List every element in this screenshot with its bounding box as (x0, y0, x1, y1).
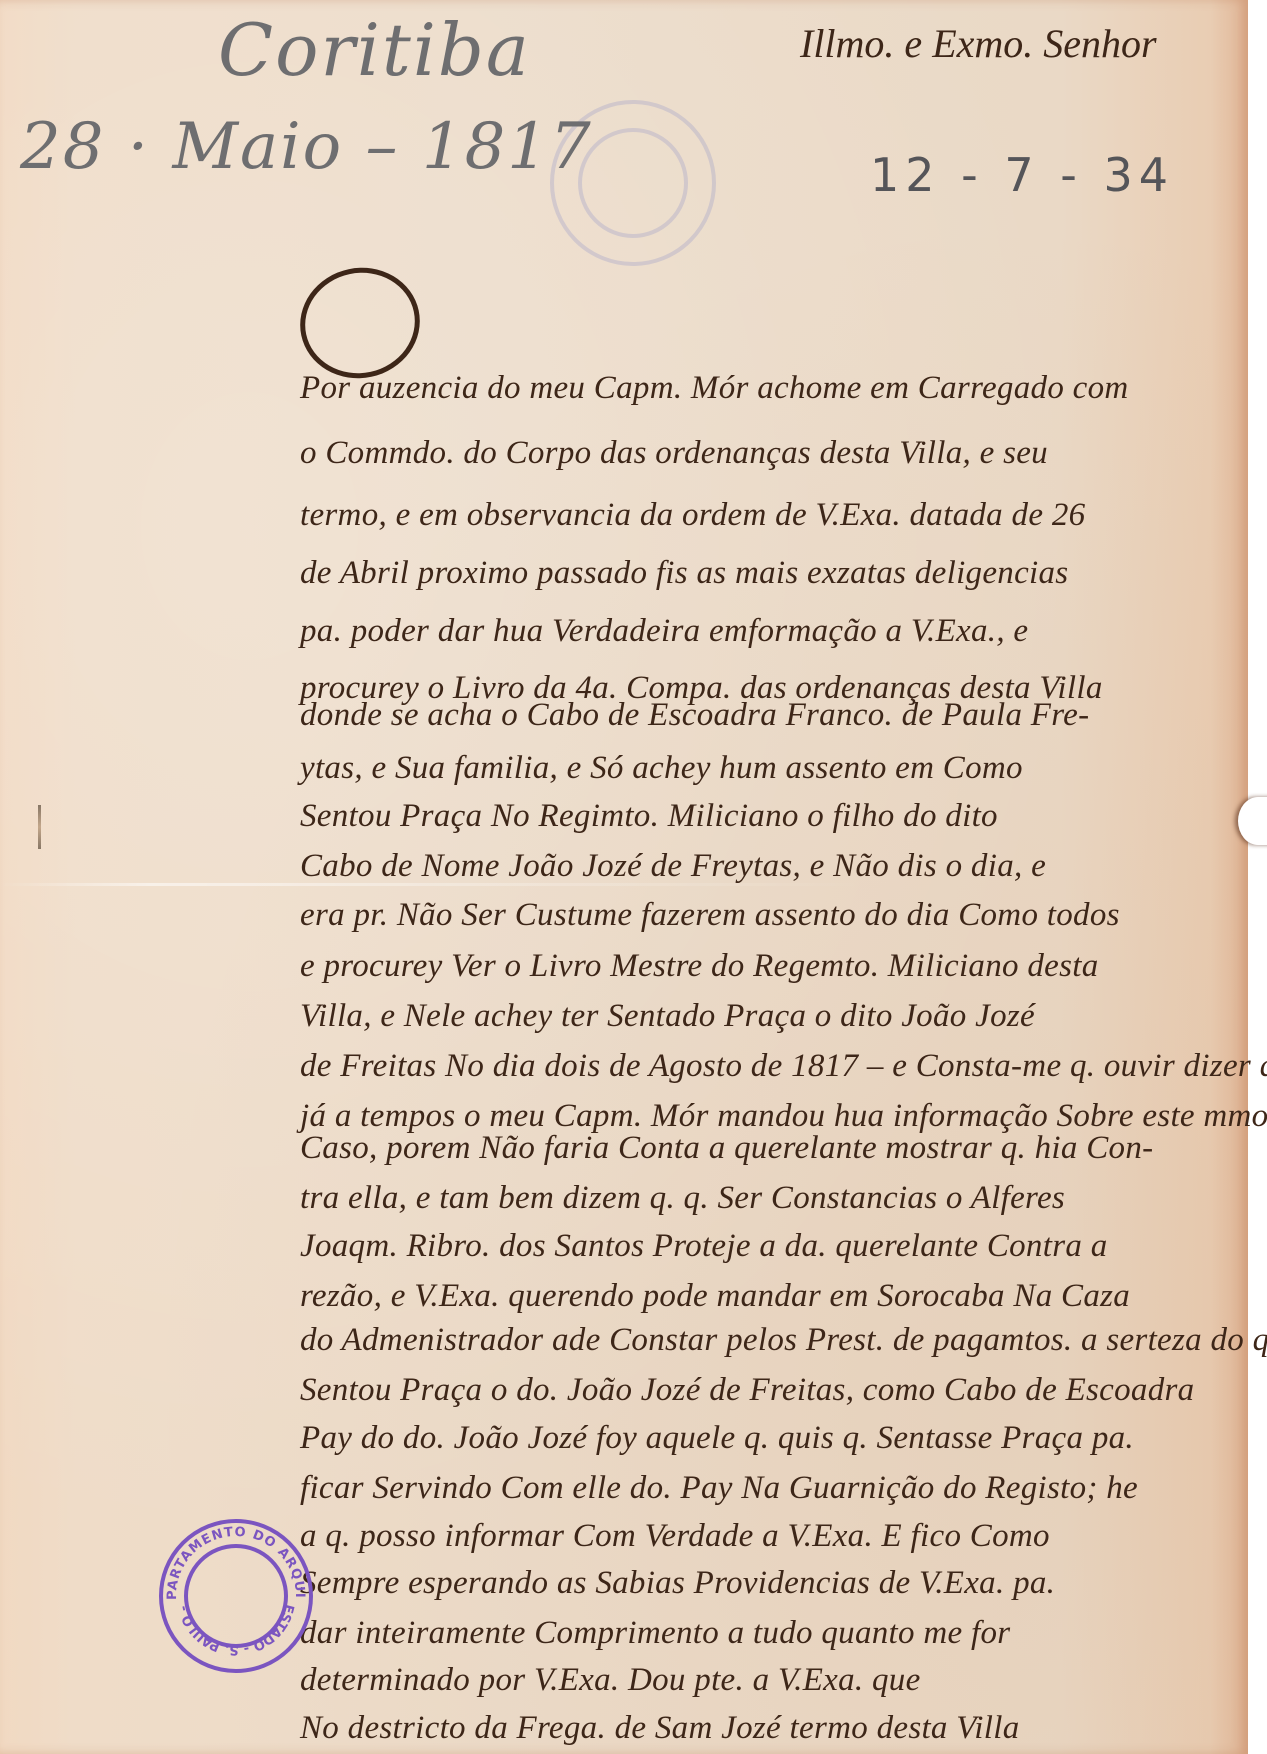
manuscript-page: Coritiba 28 · Maio – 1817 12 - 7 - 34 Il… (0, 0, 1248, 1754)
pencil-reference-number: 12 - 7 - 34 (870, 148, 1174, 202)
archive-stamp: DEPARTAMENTO DO ARQUIVO ESTADO - S. PAUL… (156, 1516, 316, 1676)
body-line: Sentou Praça o do. João Jozé de Freitas,… (300, 1372, 1194, 1409)
body-line: termo, e em observancia da ordem de V.Ex… (300, 497, 1085, 534)
body-line: Joaqm. Ribro. dos Santos Proteje a da. q… (300, 1228, 1108, 1265)
pin-mark (38, 805, 41, 849)
body-line: de Freitas No dia dois de Agosto de 1817… (300, 1048, 1267, 1085)
edge-tear (1238, 797, 1267, 845)
body-line: ficar Servindo Com elle do. Pay Na Guarn… (300, 1470, 1138, 1507)
body-line: e procurey Ver o Livro Mestre do Regemto… (300, 948, 1099, 985)
body-line: Sentou Praça No Regimto. Miliciano o fil… (300, 798, 998, 835)
body-line: ytas, e Sua familia, e Só achey hum asse… (300, 750, 1023, 787)
body-line: rezão, e V.Exa. querendo pode mandar em … (300, 1278, 1130, 1315)
body-line: Villa, e Nele achey ter Sentado Praça o … (300, 998, 1035, 1035)
pencil-date-annotation: 28 · Maio – 1817 (20, 110, 593, 184)
svg-text:ESTADO - S. PAULO -: ESTADO - S. PAULO - (176, 1603, 297, 1658)
body-line: tra ella, e tam bem dizem q. q. Ser Cons… (300, 1180, 1065, 1217)
body-line: No destricto da Frega. de Sam Jozé termo… (300, 1710, 1020, 1747)
body-line: Sempre esperando as Sabias Providencias … (300, 1565, 1055, 1602)
body-line: donde se acha o Cabo de Escoadra Franco.… (300, 697, 1089, 734)
body-line: Pay do do. João Jozé foy aquele q. quis … (300, 1420, 1134, 1457)
pencil-place-annotation: Coritiba (218, 8, 531, 92)
body-line: Caso, porem Não faria Conta a querelante… (300, 1130, 1153, 1167)
body-line: do Admenistrador ade Constar pelos Prest… (300, 1322, 1267, 1359)
body-line: era pr. Não Ser Custume fazerem assento … (300, 897, 1120, 934)
body-line: dar inteiramente Comprimento a tudo quan… (300, 1615, 1010, 1652)
salutation: Illmo. e Exmo. Senhor (800, 20, 1157, 67)
body-line: o Commdo. do Corpo das ordenanças desta … (300, 435, 1048, 472)
body-line: de Abril proximo passado fis as mais exz… (300, 555, 1068, 592)
body-line: pa. poder dar hua Verdadeira emformação … (300, 613, 1028, 650)
body-line: a q. posso informar Com Verdade a V.Exa.… (300, 1518, 1050, 1555)
body-line: Cabo de Nome João Jozé de Freytas, e Não… (300, 848, 1046, 885)
body-line: determinado por V.Exa. Dou pte. a V.Exa.… (300, 1662, 921, 1699)
body-line: Por auzencia do meu Capm. Mór achome em … (300, 370, 1129, 407)
stamp-bottom-text: ESTADO - S. PAULO - (176, 1603, 297, 1658)
